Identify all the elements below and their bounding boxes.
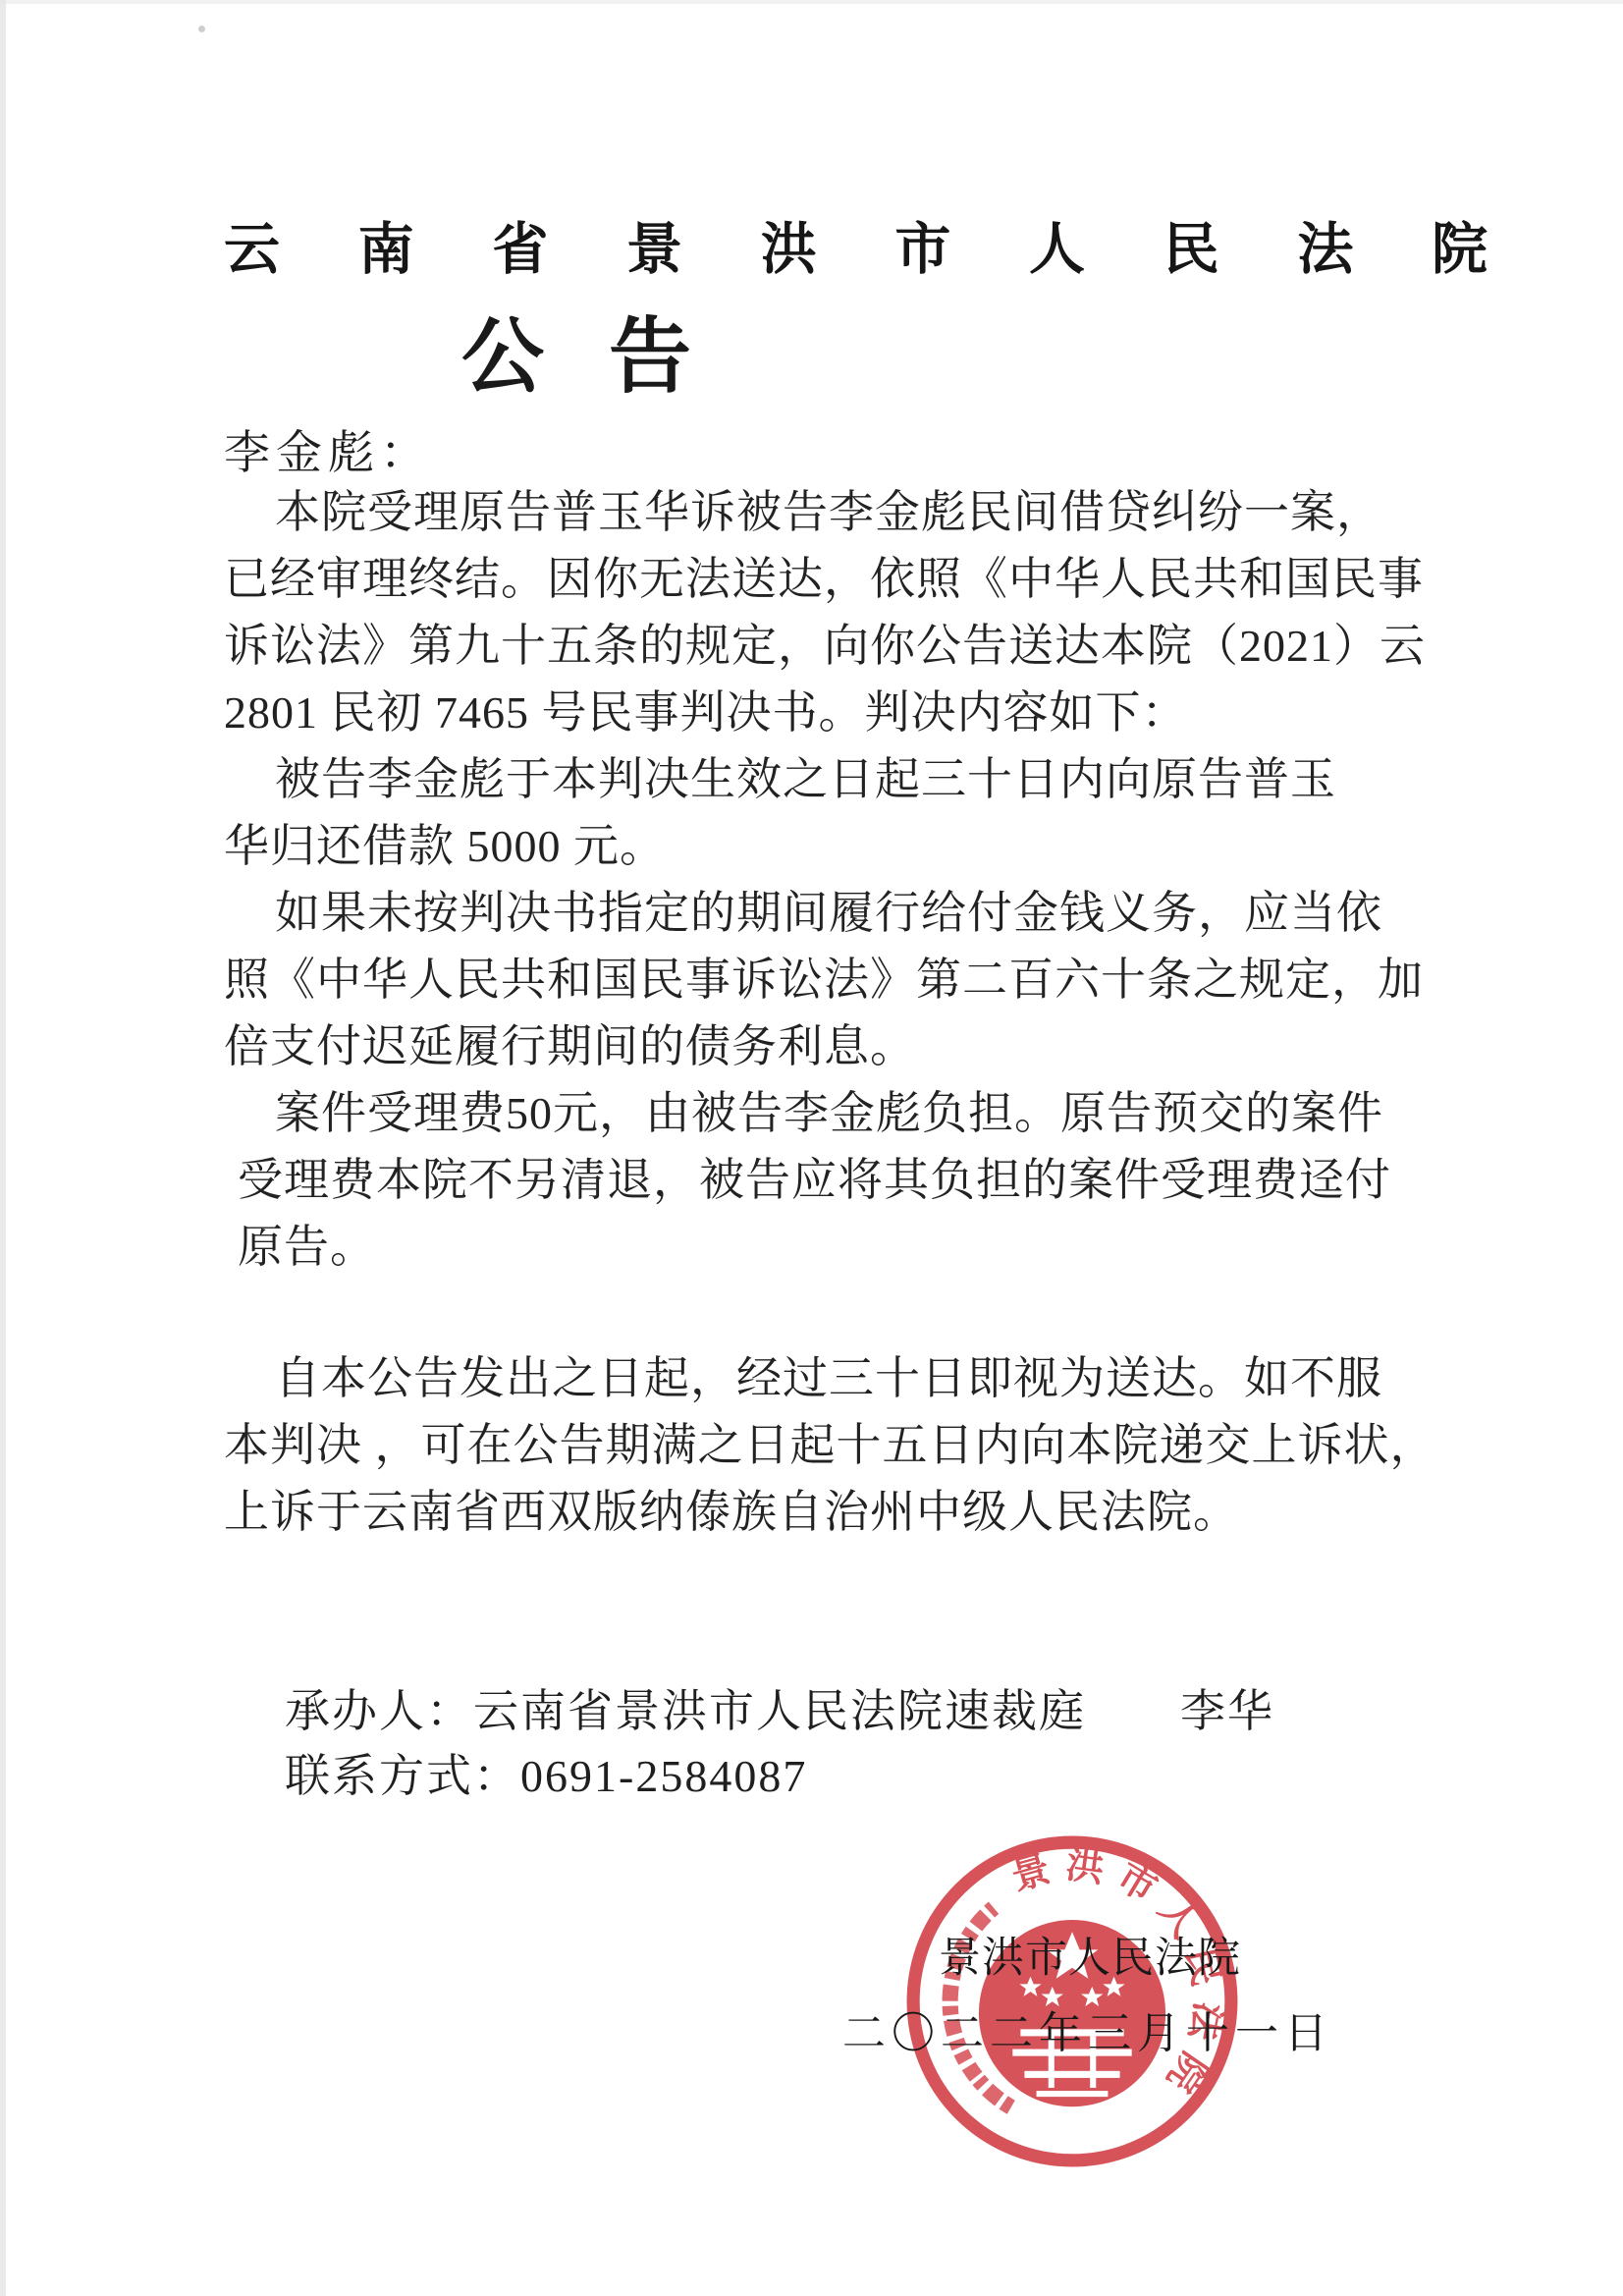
case-handler-line: 承办人：云南省景洪市人民法院速裁庭 李华 xyxy=(285,1675,1274,1740)
signing-court-line: 景洪市人民法院 xyxy=(939,1925,1241,1985)
body-line: 本院受理原告普玉华诉被告李金彪民间借贷纠纷一案， xyxy=(224,479,1461,546)
body-line: 华归还借款 5000 元。 xyxy=(224,813,1461,880)
document-title: 公告 xyxy=(461,291,756,410)
scan-edge xyxy=(0,0,1623,4)
addressee-line: 李金彪： xyxy=(224,416,432,482)
body-line: 案件受理费50元，由被告李金彪负担。原告预交的案件 xyxy=(224,1080,1461,1147)
body-line: 倍支付迟延履行期间的债务利息。 xyxy=(224,1013,1461,1080)
body-line: 已经审理终结。因你无法送达，依照《中华人民共和国民事 xyxy=(224,546,1461,613)
body-line: 如果未按判决书指定的期间履行给付金钱义务，应当依 xyxy=(224,880,1461,947)
court-announcement-page: 云 南 省 景 洪 市 人 民 法 院 公告 李金彪： 本院受理原告普玉华诉被告… xyxy=(0,0,1623,2296)
body-line: 被告李金彪于本判决生效之日起三十日内向原告普玉 xyxy=(224,746,1461,813)
body-line: 本判决 ，可在公告期满之日起十五日内向本院递交上诉状， xyxy=(224,1412,1461,1479)
body-line: 原告。 xyxy=(224,1214,1461,1281)
body-line: 诉讼法》第九十五条的规定，向你公告送达本院（2021）云 xyxy=(224,613,1461,680)
body-line: 2801 民初 7465 号民事判决书。判决内容如下： xyxy=(224,680,1461,746)
contact-line: 联系方式：0691-2584087 xyxy=(285,1740,807,1805)
body-line: 自本公告发出之日起，经过三十日即视为送达。如不服 xyxy=(224,1345,1461,1412)
body-line: 受理费本院不另清退，被告应将其负担的案件受理费迳付 xyxy=(224,1147,1461,1214)
body-line: 上诉于云南省西双版纳傣族自治州中级人民法院。 xyxy=(224,1479,1461,1546)
announcement-date-line: 二〇二二年三月十一日 xyxy=(842,1997,1333,2060)
announcement-body: 本院受理原告普玉华诉被告李金彪民间借贷纠纷一案， 已经审理终结。因你无法送达，依… xyxy=(224,479,1461,1546)
court-name-heading: 云 南 省 景 洪 市 人 民 法 院 xyxy=(224,204,1503,285)
scan-artifact xyxy=(198,26,205,32)
body-line: 照《中华人民共和国民事诉讼法》第二百六十条之规定，加 xyxy=(224,947,1461,1013)
scan-edge xyxy=(0,0,6,2296)
